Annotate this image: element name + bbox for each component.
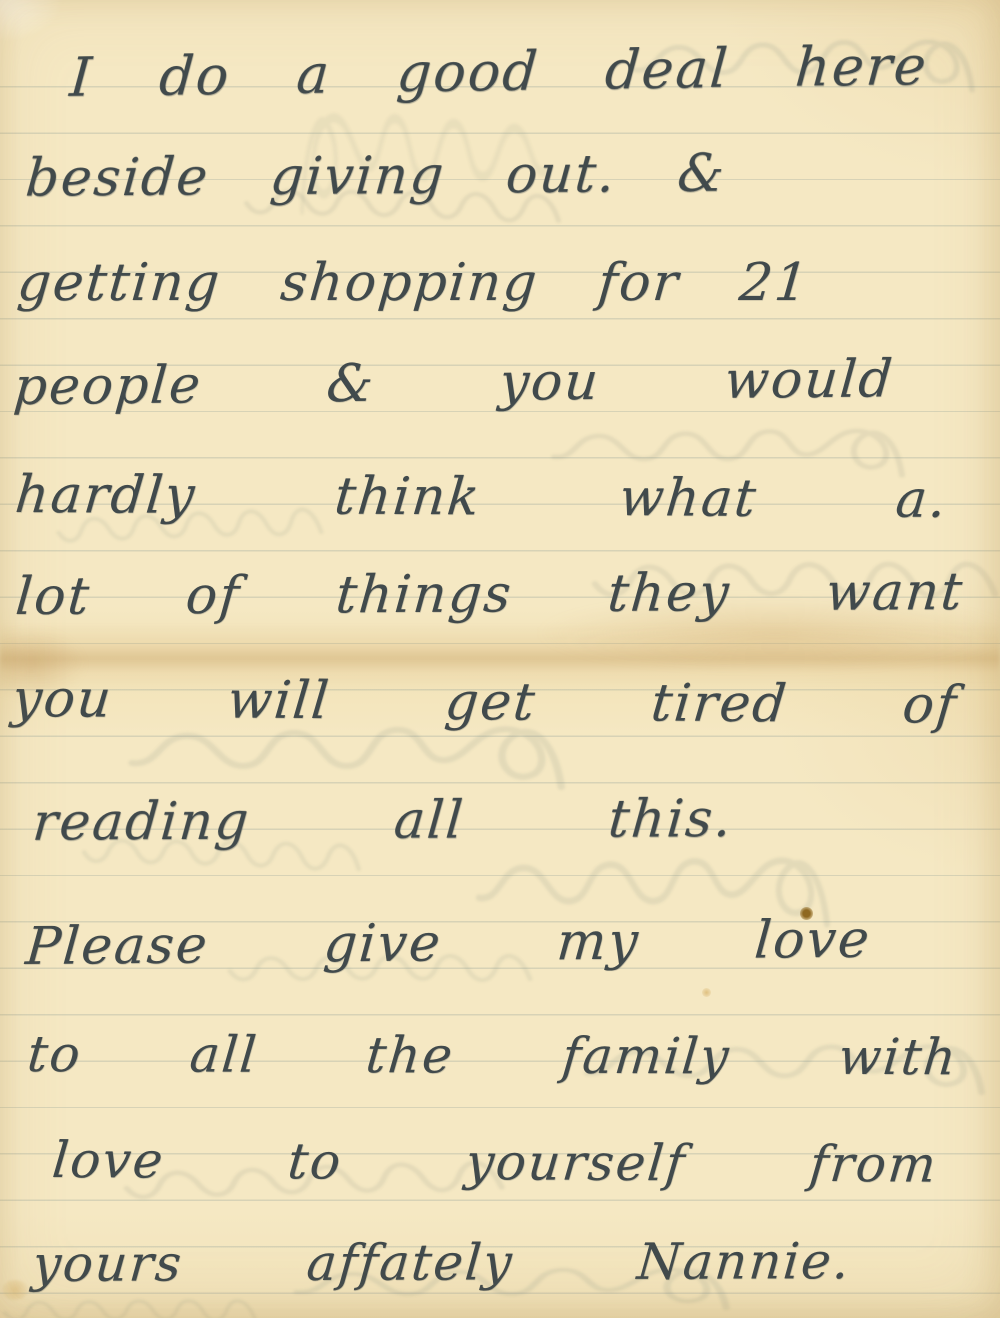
paper-spot-brown [800, 907, 813, 920]
handwriting-line: Please give my love [24, 913, 873, 975]
ruled-lines [0, 41, 1000, 1318]
bleed-through-writing [0, 0, 1000, 1318]
paper-stain [0, 628, 86, 700]
fold-crease [0, 622, 1000, 690]
handwriting-line: yours affately Nannie. [31, 1235, 853, 1290]
handwriting-line: beside giving out. & [24, 147, 728, 207]
handwriting-line: lot of things they want [14, 565, 966, 625]
handwriting-line: people & you would [12, 352, 896, 414]
fold-crease-shadow [540, 596, 1000, 670]
paper-spot-yellow [702, 988, 711, 997]
handwriting-line: getting shopping for 21 [15, 256, 812, 311]
paper-stain-corner [2, 1280, 28, 1300]
handwriting-line: to all the family with [25, 1028, 960, 1084]
handwriting-line: I do a good deal here [68, 38, 930, 107]
handwriting-line: love to yourself from [50, 1134, 940, 1191]
handwriting-line: reading all this. [31, 792, 735, 850]
handwriting-line: hardly think what a. [13, 468, 950, 527]
handwriting-line: you will get tired of [10, 672, 960, 733]
letter-page: I do a good deal here beside giving out.… [0, 0, 1000, 1318]
page-vignette [0, 0, 1000, 1318]
